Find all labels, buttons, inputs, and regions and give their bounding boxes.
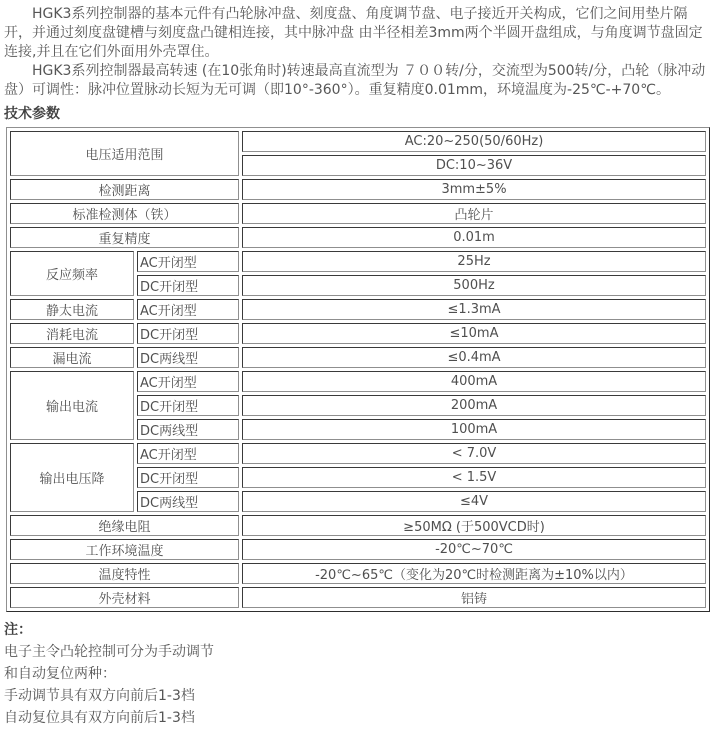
table-row: 温度特性 -20℃~65℃（变化为20℃时检测距离为±10%以内）	[10, 563, 706, 584]
spec-sub-type-cell: AC开闭型	[137, 371, 239, 392]
spec-table: 电压适用范围 AC:20~250(50/60Hz) DC:10~36V 检测距离…	[6, 127, 710, 612]
spec-value-cell: 400mA	[242, 371, 706, 392]
spec-sub-type-cell: DC两线型	[137, 491, 239, 512]
spec-label-cell: 静太电流	[10, 299, 134, 320]
spec-value-cell: -20℃~65℃（变化为20℃时检测距离为±10%以内）	[242, 563, 706, 584]
notes-title: 注：	[4, 619, 715, 641]
spec-sub-type-cell: DC开闭型	[137, 395, 239, 416]
table-row: 绝缘电阻 ≥50MΩ (于500VCD时)	[10, 515, 706, 536]
table-row: 反应频率 AC开闭型 25Hz	[10, 251, 706, 272]
spec-sub-type-cell: AC开闭型	[137, 299, 239, 320]
intro-paragraph-1: HGK3系列控制器的基本元件有凸轮脉冲盘、刻度盘、角度调节盘、电子接近开关构成，…	[4, 5, 715, 62]
spec-label-cell: 标准检测体（铁）	[10, 203, 239, 224]
spec-label-cell: 检测距离	[10, 179, 239, 200]
table-row: 消耗电流 DC开闭型 ≤10mA	[10, 323, 706, 344]
spec-value-cell: ≤1.3mA	[242, 299, 706, 320]
spec-label-cell: 反应频率	[10, 251, 134, 296]
spec-sub-type-cell: AC开闭型	[137, 443, 239, 464]
spec-value-cell: DC:10~36V	[242, 155, 706, 176]
spec-value-cell: 凸轮片	[242, 203, 706, 224]
table-row: 静太电流 AC开闭型 ≤1.3mA	[10, 299, 706, 320]
table-row: 标准检测体（铁） 凸轮片	[10, 203, 706, 224]
spec-label-cell: 温度特性	[10, 563, 239, 584]
spec-value-cell: 200mA	[242, 395, 706, 416]
spec-value-cell: 100mA	[242, 419, 706, 440]
spec-sub-type-cell: AC开闭型	[137, 251, 239, 272]
spec-label-cell: 工作环境温度	[10, 539, 239, 560]
spec-value-cell: 0.01m	[242, 227, 706, 248]
spec-value-cell: ≥50MΩ (于500VCD时)	[242, 515, 706, 536]
spec-value-cell: 3mm±5%	[242, 179, 706, 200]
spec-label-cell: 重复精度	[10, 227, 239, 248]
table-row: 重复精度 0.01m	[10, 227, 706, 248]
note-line: 自动复位具有双方向前后1-3档	[4, 707, 715, 729]
intro-paragraph-2: HGK3系列控制器最高转速 (在10张角时)转速最高直流型为 ７００转/分，交流…	[4, 62, 715, 100]
table-row: 工作环境温度 -20℃~70℃	[10, 539, 706, 560]
spec-label-cell: 漏电流	[10, 347, 134, 368]
spec-value-cell: 500Hz	[242, 275, 706, 296]
spec-value-cell: ≤0.4mA	[242, 347, 706, 368]
intro-section: HGK3系列控制器的基本元件有凸轮脉冲盘、刻度盘、角度调节盘、电子接近开关构成，…	[4, 5, 715, 100]
table-row: 外壳材料 铝铸	[10, 587, 706, 608]
spec-label-cell: 电压适用范围	[10, 131, 239, 176]
notes-section: 注： 电子主令凸轮控制可分为手动调节 和自动复位两种： 手动调节具有双方向前后1…	[4, 619, 715, 729]
spec-sub-type-cell: DC开闭型	[137, 467, 239, 488]
section-title: 技术参数	[4, 106, 715, 122]
spec-label-cell: 外壳材料	[10, 587, 239, 608]
spec-sub-type-cell: DC开闭型	[137, 323, 239, 344]
spec-value-cell: < 1.5V	[242, 467, 706, 488]
spec-value-cell: 25Hz	[242, 251, 706, 272]
spec-label-cell: 绝缘电阻	[10, 515, 239, 536]
note-line: 和自动复位两种：	[4, 663, 715, 685]
table-row: 电压适用范围 AC:20~250(50/60Hz)	[10, 131, 706, 152]
note-line: 手动调节具有双方向前后1-3档	[4, 685, 715, 707]
spec-value-cell: 铝铸	[242, 587, 706, 608]
table-row: 输出电流 AC开闭型 400mA	[10, 371, 706, 392]
note-line: 电子主令凸轮控制可分为手动调节	[4, 641, 715, 663]
spec-label-cell: 输出电流	[10, 371, 134, 440]
spec-value-cell: ≤10mA	[242, 323, 706, 344]
spec-value-cell: -20℃~70℃	[242, 539, 706, 560]
spec-sub-type-cell: DC开闭型	[137, 275, 239, 296]
spec-value-cell: AC:20~250(50/60Hz)	[242, 131, 706, 152]
spec-sub-type-cell: DC两线型	[137, 347, 239, 368]
table-row: 输出电压降 AC开闭型 < 7.0V	[10, 443, 706, 464]
spec-value-cell: < 7.0V	[242, 443, 706, 464]
spec-label-cell: 输出电压降	[10, 443, 134, 512]
table-row: 检测距离 3mm±5%	[10, 179, 706, 200]
spec-sub-type-cell: DC两线型	[137, 419, 239, 440]
spec-value-cell: ≤4V	[242, 491, 706, 512]
spec-label-cell: 消耗电流	[10, 323, 134, 344]
table-row: 漏电流 DC两线型 ≤0.4mA	[10, 347, 706, 368]
